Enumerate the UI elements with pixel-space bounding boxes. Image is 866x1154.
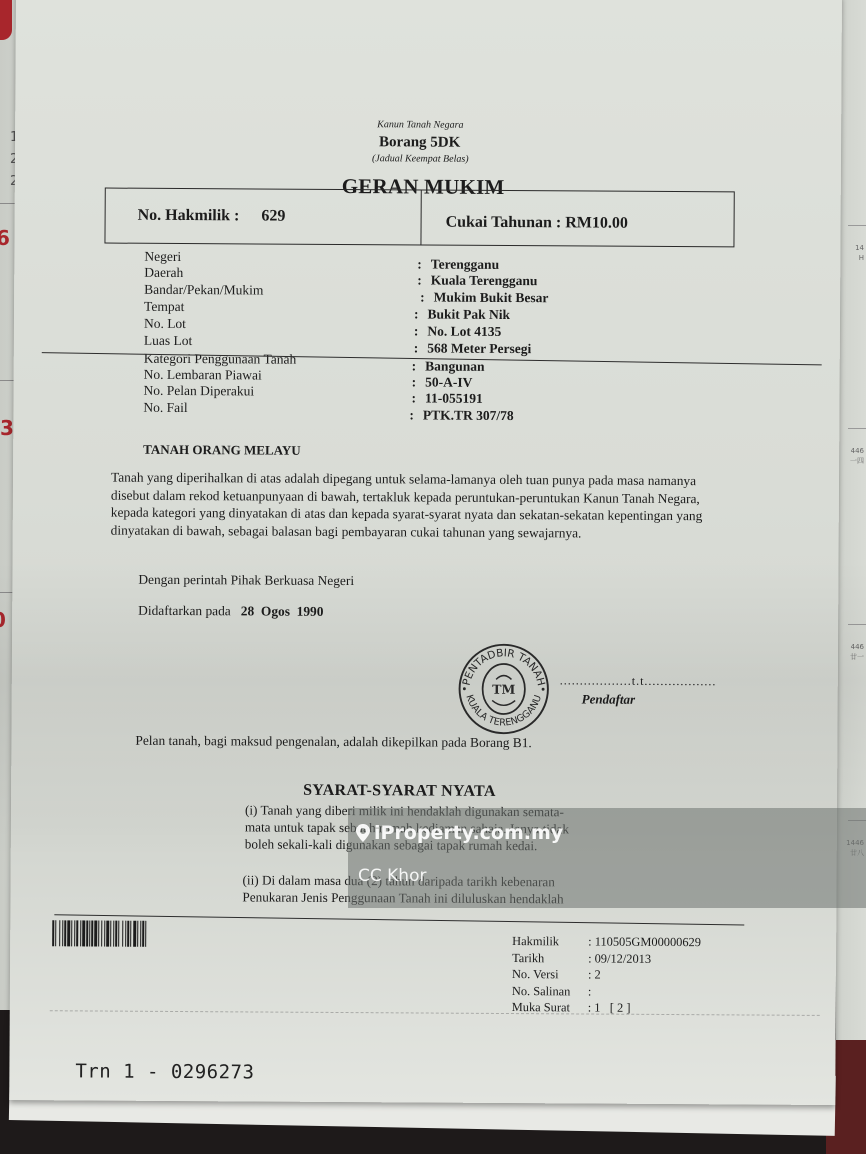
dashed-divider: [50, 1010, 820, 1016]
field-value: :Kuala Terengganu: [417, 272, 537, 289]
field-value: :Terengganu: [417, 256, 499, 272]
registered-month: Ogos: [261, 604, 290, 619]
document-metadata: Hakmilik: 110505GM00000629Tarikh: 09/12/…: [512, 933, 701, 1017]
registered-year: 1990: [297, 604, 324, 619]
field-value: :PTK.TR 307/78: [409, 407, 513, 424]
right-page-label: 14H: [855, 243, 864, 263]
red-tab-decoration: [0, 0, 12, 40]
signature-label: Pendaftar: [582, 691, 636, 707]
form-name: Borang 5DK: [379, 134, 460, 151]
left-page-red-number: 6: [0, 226, 10, 250]
left-page-red-number: 0: [0, 608, 6, 632]
field-value-text: No. Lot 4135: [427, 324, 501, 339]
right-page-label: 446廿一: [850, 642, 864, 662]
field-colon: :: [417, 256, 422, 271]
land-title-document: Dinat Kanun Tanah Negara Borang 5DK (Jad…: [9, 0, 842, 1105]
metadata-label: No. Versi: [512, 966, 588, 983]
field-colon: :: [412, 374, 417, 389]
authority-text: Dengan perintah Pihak Berkuasa Negeri: [138, 572, 354, 589]
right-page-rule: [848, 624, 866, 625]
cukai-cell: Cukai Tahunan : RM10.00: [421, 190, 628, 245]
metadata-label: Tarikh: [512, 950, 588, 967]
metadata-value: : 09/12/2013: [588, 950, 651, 967]
field-label: No. Fail: [143, 400, 187, 416]
field-label: Daerah: [144, 265, 183, 281]
plan-note: Pelan tanah, bagi maksud pengenalan, ada…: [135, 733, 531, 751]
cukai-value: RM10.00: [565, 214, 628, 232]
field-colon: :: [414, 340, 419, 355]
act-name: Kanun Tanah Negara: [377, 119, 463, 131]
location-pin-icon: [356, 824, 370, 842]
field-value: :Bangunan: [412, 358, 485, 374]
restriction-heading: TANAH ORANG MELAYU: [143, 442, 301, 459]
field-colon: :: [412, 358, 417, 373]
tenure-paragraph: Tanah yang diperihalkan di atas adalah d…: [111, 469, 731, 543]
field-colon: :: [417, 272, 422, 287]
metadata-value: :: [588, 983, 592, 1000]
right-page-rule: [848, 428, 866, 429]
metadata-label: No. Salinan: [512, 983, 588, 1000]
field-value: :Mukim Bukit Besar: [420, 289, 548, 306]
metadata-row: No. Salinan:: [512, 983, 701, 1001]
watermark-logo: iProperty.com.my: [356, 822, 563, 844]
registered-day: 28: [241, 603, 254, 618]
field-value-text: 568 Meter Persegi: [427, 341, 531, 357]
serial-number: Trn 1 - 0296273: [75, 1060, 254, 1083]
field-value-text: Mukim Bukit Besar: [434, 290, 549, 306]
title-info-box: No. Hakmilik : 629 Cukai Tahunan : RM10.…: [104, 188, 734, 248]
field-label: No. Pelan Diperakui: [144, 383, 255, 400]
field-label: Luas Lot: [144, 333, 192, 349]
signature-line: ..................t.t..................: [560, 673, 717, 689]
left-page-red-number: 3: [0, 416, 14, 440]
metadata-value: : 110505GM00000629: [588, 934, 701, 951]
field-value: :Bukit Pak Nik: [414, 306, 510, 323]
metadata-value: : 2: [588, 967, 601, 984]
field-colon: :: [414, 323, 419, 338]
hakmilik-label: No. Hakmilik :: [138, 207, 240, 226]
field-value: :11-055191: [411, 390, 482, 406]
field-label: Negeri: [144, 249, 181, 265]
registered-label: Didaftarkan pada: [138, 603, 231, 619]
field-label: No. Lot: [144, 316, 186, 332]
metadata-row: No. Versi: 2: [512, 966, 701, 984]
field-colon: :: [420, 289, 425, 304]
field-label: Tempat: [144, 299, 184, 315]
right-page-label: 446一四: [850, 446, 864, 466]
field-value-text: 50-A-IV: [425, 375, 472, 390]
cukai-label: Cukai Tahunan :: [446, 214, 562, 233]
watermark-site: iProperty.com.my: [374, 822, 563, 844]
field-value-text: Bukit Pak Nik: [427, 307, 510, 323]
field-value: :No. Lot 4135: [414, 323, 501, 340]
field-value-text: 11-055191: [425, 391, 483, 406]
field-value: :568 Meter Persegi: [414, 340, 532, 357]
metadata-label: Hakmilik: [512, 933, 588, 950]
right-page-rule: [848, 225, 866, 226]
svg-text:TM: TM: [492, 682, 515, 697]
field-colon: :: [414, 306, 419, 321]
conditions-heading: SYARAT-SYARAT NYATA: [303, 782, 496, 801]
metadata-row: Tarikh: 09/12/2013: [512, 950, 701, 968]
field-colon: :: [409, 407, 414, 422]
field-colon: :: [411, 390, 416, 405]
field-value-text: Kuala Terengganu: [431, 273, 538, 289]
field-value-text: Bangunan: [425, 359, 484, 374]
field-label: Bandar/Pekan/Mukim: [144, 282, 263, 299]
land-office-seal-icon: PENTADBIR TANAH KUALA TERENGGANU TM: [455, 641, 552, 738]
registration-line: Didaftarkan pada 28 Ogos 1990: [138, 603, 323, 620]
field-label: No. Lembaran Piawai: [144, 367, 262, 384]
hakmilik-value: 629: [261, 208, 285, 226]
watermark-agent: CC Khor: [358, 866, 426, 886]
hakmilik-cell: No. Hakmilik : 629: [105, 189, 421, 245]
field-value-text: PTK.TR 307/78: [423, 407, 514, 423]
field-value-text: Terengganu: [431, 257, 499, 272]
metadata-row: Hakmilik: 110505GM00000629: [512, 933, 701, 951]
schedule-name: (Jadual Keempat Belas): [372, 153, 469, 165]
barcode: [52, 920, 218, 947]
field-value: :50-A-IV: [412, 374, 473, 390]
